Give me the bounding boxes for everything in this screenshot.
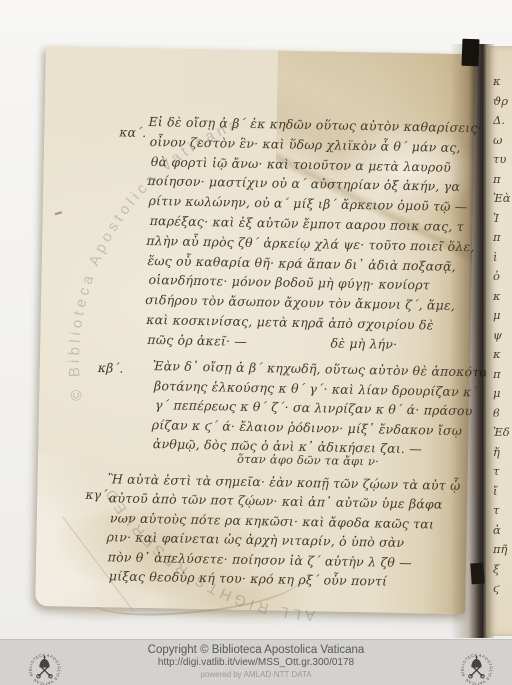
facing-page-text-fragment: κ xyxy=(493,74,501,88)
facing-page-text-fragment: Ἰ xyxy=(493,211,499,225)
facing-page-text-fragment: ϐ xyxy=(493,406,500,420)
bookmark-ribbon-top xyxy=(462,39,480,67)
manuscript-url: http://digi.vatlib.it/view/MSS_Ott.gr.30… xyxy=(0,657,512,668)
facing-page-edge: κϑρΔ.ωτυπἘὰἸπὶὁκμψκπμϐἘδἤτἴτἀπῆξϛ xyxy=(486,46,512,636)
facing-page-text-fragment: Ἐὰ xyxy=(493,191,511,205)
margin-number: κγ΄. xyxy=(85,487,111,502)
facing-page-text-fragment: κ xyxy=(493,347,501,361)
manuscript-page: κα΄.Εἰ δὲ οἴσῃ ἀ β΄ ἐκ κηδῶν οὕτως αὐτὸν… xyxy=(35,46,476,614)
margin-number: κα΄. xyxy=(119,124,146,140)
manuscript-line: βοτάνης ἑλκούσης κ θ΄ γ΄· καὶ λίαν δρουρ… xyxy=(154,378,478,399)
facing-page-text-fragment: π xyxy=(493,172,501,186)
facing-page-text-fragment: τυ xyxy=(493,152,506,166)
manuscript-line: οἱανδήποτε· μόνον βοδοῦ μὴ φύγῃ· κονίορτ xyxy=(148,272,430,292)
facing-page-text-fragment: π xyxy=(493,230,501,244)
manuscript-line: πῶς ὀρ ἀκεῖ· — δὲ μὴ λήν· xyxy=(147,332,397,352)
facing-page-text-fragment: Δ. xyxy=(493,113,505,127)
facing-page-text-fragment: ϑρ xyxy=(493,94,508,108)
facing-page-text-fragment: ὁ xyxy=(493,269,500,283)
facing-page-text-fragment: πῆ xyxy=(493,542,507,556)
facing-page-text-fragment: Ἐδ xyxy=(493,425,510,439)
facing-page-text-fragment: ἤ xyxy=(493,445,500,459)
manuscript-line: καὶ κοσκινίσας, μετὰ κηρᾶ ἀπὸ σχοιρίου δ… xyxy=(146,312,434,333)
powered-by-line: powered by AMLAD·NTT DATA xyxy=(0,670,512,679)
facing-page-text-fragment: ξ xyxy=(493,562,499,576)
facing-page-text-fragment: ψ xyxy=(493,328,502,342)
facing-page-text-fragment: μ xyxy=(493,386,500,400)
papal-keys-tiara-icon xyxy=(469,656,485,678)
attribution-bar: BIBLIOTECA APOSTOLICA VATICANA Copyright… xyxy=(0,639,512,685)
facing-page-text-fragment: ὶ xyxy=(493,250,498,264)
facing-page-text-fragment: ϛ xyxy=(493,581,499,595)
manuscript-line: σιδήρου τὸν ἄσωπον ἄχουν τὸν ἄκμονι ζ΄, … xyxy=(145,292,455,313)
facing-page-text-fragment: ἴ xyxy=(493,484,498,498)
margin-number: κβ΄. xyxy=(98,360,124,375)
manuscript-line: ρίζαν κ ϛ΄ ά· ἔλαιον ῥόδινον· μίξ᾽ ἔνδακ… xyxy=(152,417,463,438)
bookmark-ribbon-bottom xyxy=(470,563,484,585)
facing-page-text-fragment: μ xyxy=(493,308,500,322)
section-heading: ὅταν ἀφο δῶν τα ἄφι ν· xyxy=(237,453,379,470)
ink-speck xyxy=(55,211,62,215)
vatican-library-seal-icon: BIBLIOTECA APOSTOLICA VATICANA xyxy=(458,649,495,685)
facing-page-text-fragment: τ xyxy=(493,464,499,478)
scanned-manuscript-view: κα΄.Εἰ δὲ οἴσῃ ἀ β΄ ἐκ κηδῶν οὕτως αὐτὸν… xyxy=(0,0,512,685)
facing-page-text-fragment: τ xyxy=(493,503,499,517)
footer-text-block: Copyright © Biblioteca Apostolica Vatica… xyxy=(0,640,512,679)
facing-page-text-fragment: π xyxy=(493,367,501,381)
manuscript-line: γ΄ πεπέρεως κ θ΄ ζ΄· σα λινρίζαν κ θ΄ ά·… xyxy=(155,397,473,418)
facing-page-text-fragment: κ xyxy=(493,289,501,303)
facing-page-text-fragment: ω xyxy=(493,133,502,147)
facing-page-text-fragment: ἀ xyxy=(493,523,501,537)
copyright-line: Copyright © Biblioteca Apostolica Vatica… xyxy=(0,644,512,656)
manuscript-line: Ἐὰν δ᾽ οἴσῃ ἀ β΄ κηχωδῆ, οὕτως αὐτὸν θὲ … xyxy=(153,358,493,380)
